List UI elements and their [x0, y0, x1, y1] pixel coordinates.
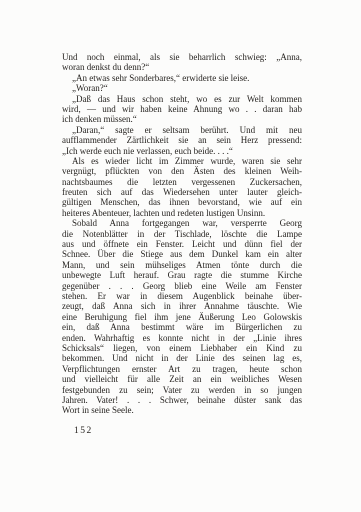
text-line: Mann, und sein mühseliges Atmen tönte du… [62, 260, 302, 270]
text-line: wird, — und wir haben keine Ahnung wo . … [62, 104, 302, 114]
text-line: gültigen Menschen, das ihnen bevorstand,… [62, 197, 302, 207]
text-line: Sobald Anna fortgegangen war, versperrte… [62, 218, 302, 228]
text-line: aus und öffnete ein Fenster. Leicht und … [62, 239, 302, 249]
text-line: freuten sich auf das Wiedersehen unter l… [62, 187, 302, 197]
text-line: „Ich werde euch nie verlassen, euch beid… [62, 146, 302, 156]
text-line: und vielleicht für alle Zeit an ein weib… [62, 374, 302, 384]
text-line: heiteres Abenteuer, lachten und redeten … [62, 208, 302, 218]
text-line: nachtsbaumes die letzten vergessenen Zuc… [62, 177, 302, 187]
text-line: Schnee. Über die Stiege aus dem Dunkel k… [62, 249, 302, 259]
text-line: eine Beruhigung fiel ihm jene Äußerung L… [62, 312, 302, 322]
page-text: Und noch einmal, als sie beharrlich schw… [62, 52, 302, 416]
page-number: 152 [74, 426, 93, 436]
text-line: gegenüber . . . Georg blieb eine Weile a… [62, 281, 302, 291]
text-line: „Daran,“ sagte er seltsam berührt. Und m… [62, 125, 302, 135]
text-line: enden. Wahrhaftig es konnte nicht in der… [62, 333, 302, 343]
text-line: vergnügt, pflückten von den Ästen des kl… [62, 166, 302, 176]
text-line: bekommen. Und nicht in der Linie des sei… [62, 353, 302, 363]
text-line: zeugt, daß Anna sich in ihrer Annahme tä… [62, 301, 302, 311]
text-line: „Daß das Haus schon steht, wo es zur Wel… [62, 94, 302, 104]
text-line: stehen. Er war in diesem Augenblick bein… [62, 291, 302, 301]
text-line: ein, daß Anna bestimmt wäre im Bürgerlic… [62, 322, 302, 332]
text-line: aufflammender Zärtlichkeit sie an sein H… [62, 135, 302, 145]
text-line: die Notenblätter in der Tischlade, lösch… [62, 229, 302, 239]
text-line: Als es wieder licht im Zimmer wurde, war… [62, 156, 302, 166]
text-line: Und noch einmal, als sie beharrlich schw… [62, 52, 302, 62]
text-line: Schicksals“ liegen, von einem Liebhaber … [62, 343, 302, 353]
book-page: Und noch einmal, als sie beharrlich schw… [0, 0, 361, 512]
text-line: „An etwas sehr Sonderbares,“ erwiderte s… [62, 73, 302, 83]
text-line: woran denkst du denn?“ [62, 62, 302, 72]
text-line: ich denken müssen.“ [62, 114, 302, 124]
text-line: „Woran?“ [62, 83, 302, 93]
text-line: Verpflichtungen ernster Art zu tragen, h… [62, 364, 302, 374]
text-line: unbewegte Luft herauf. Grau ragte die st… [62, 270, 302, 280]
text-line: Wort in seine Seele. [62, 405, 302, 415]
text-line: festgebunden zu sein; Vater zu werden in… [62, 385, 302, 395]
text-line: Jahren. Vater! . . . Schwer, beinahe düs… [62, 395, 302, 405]
